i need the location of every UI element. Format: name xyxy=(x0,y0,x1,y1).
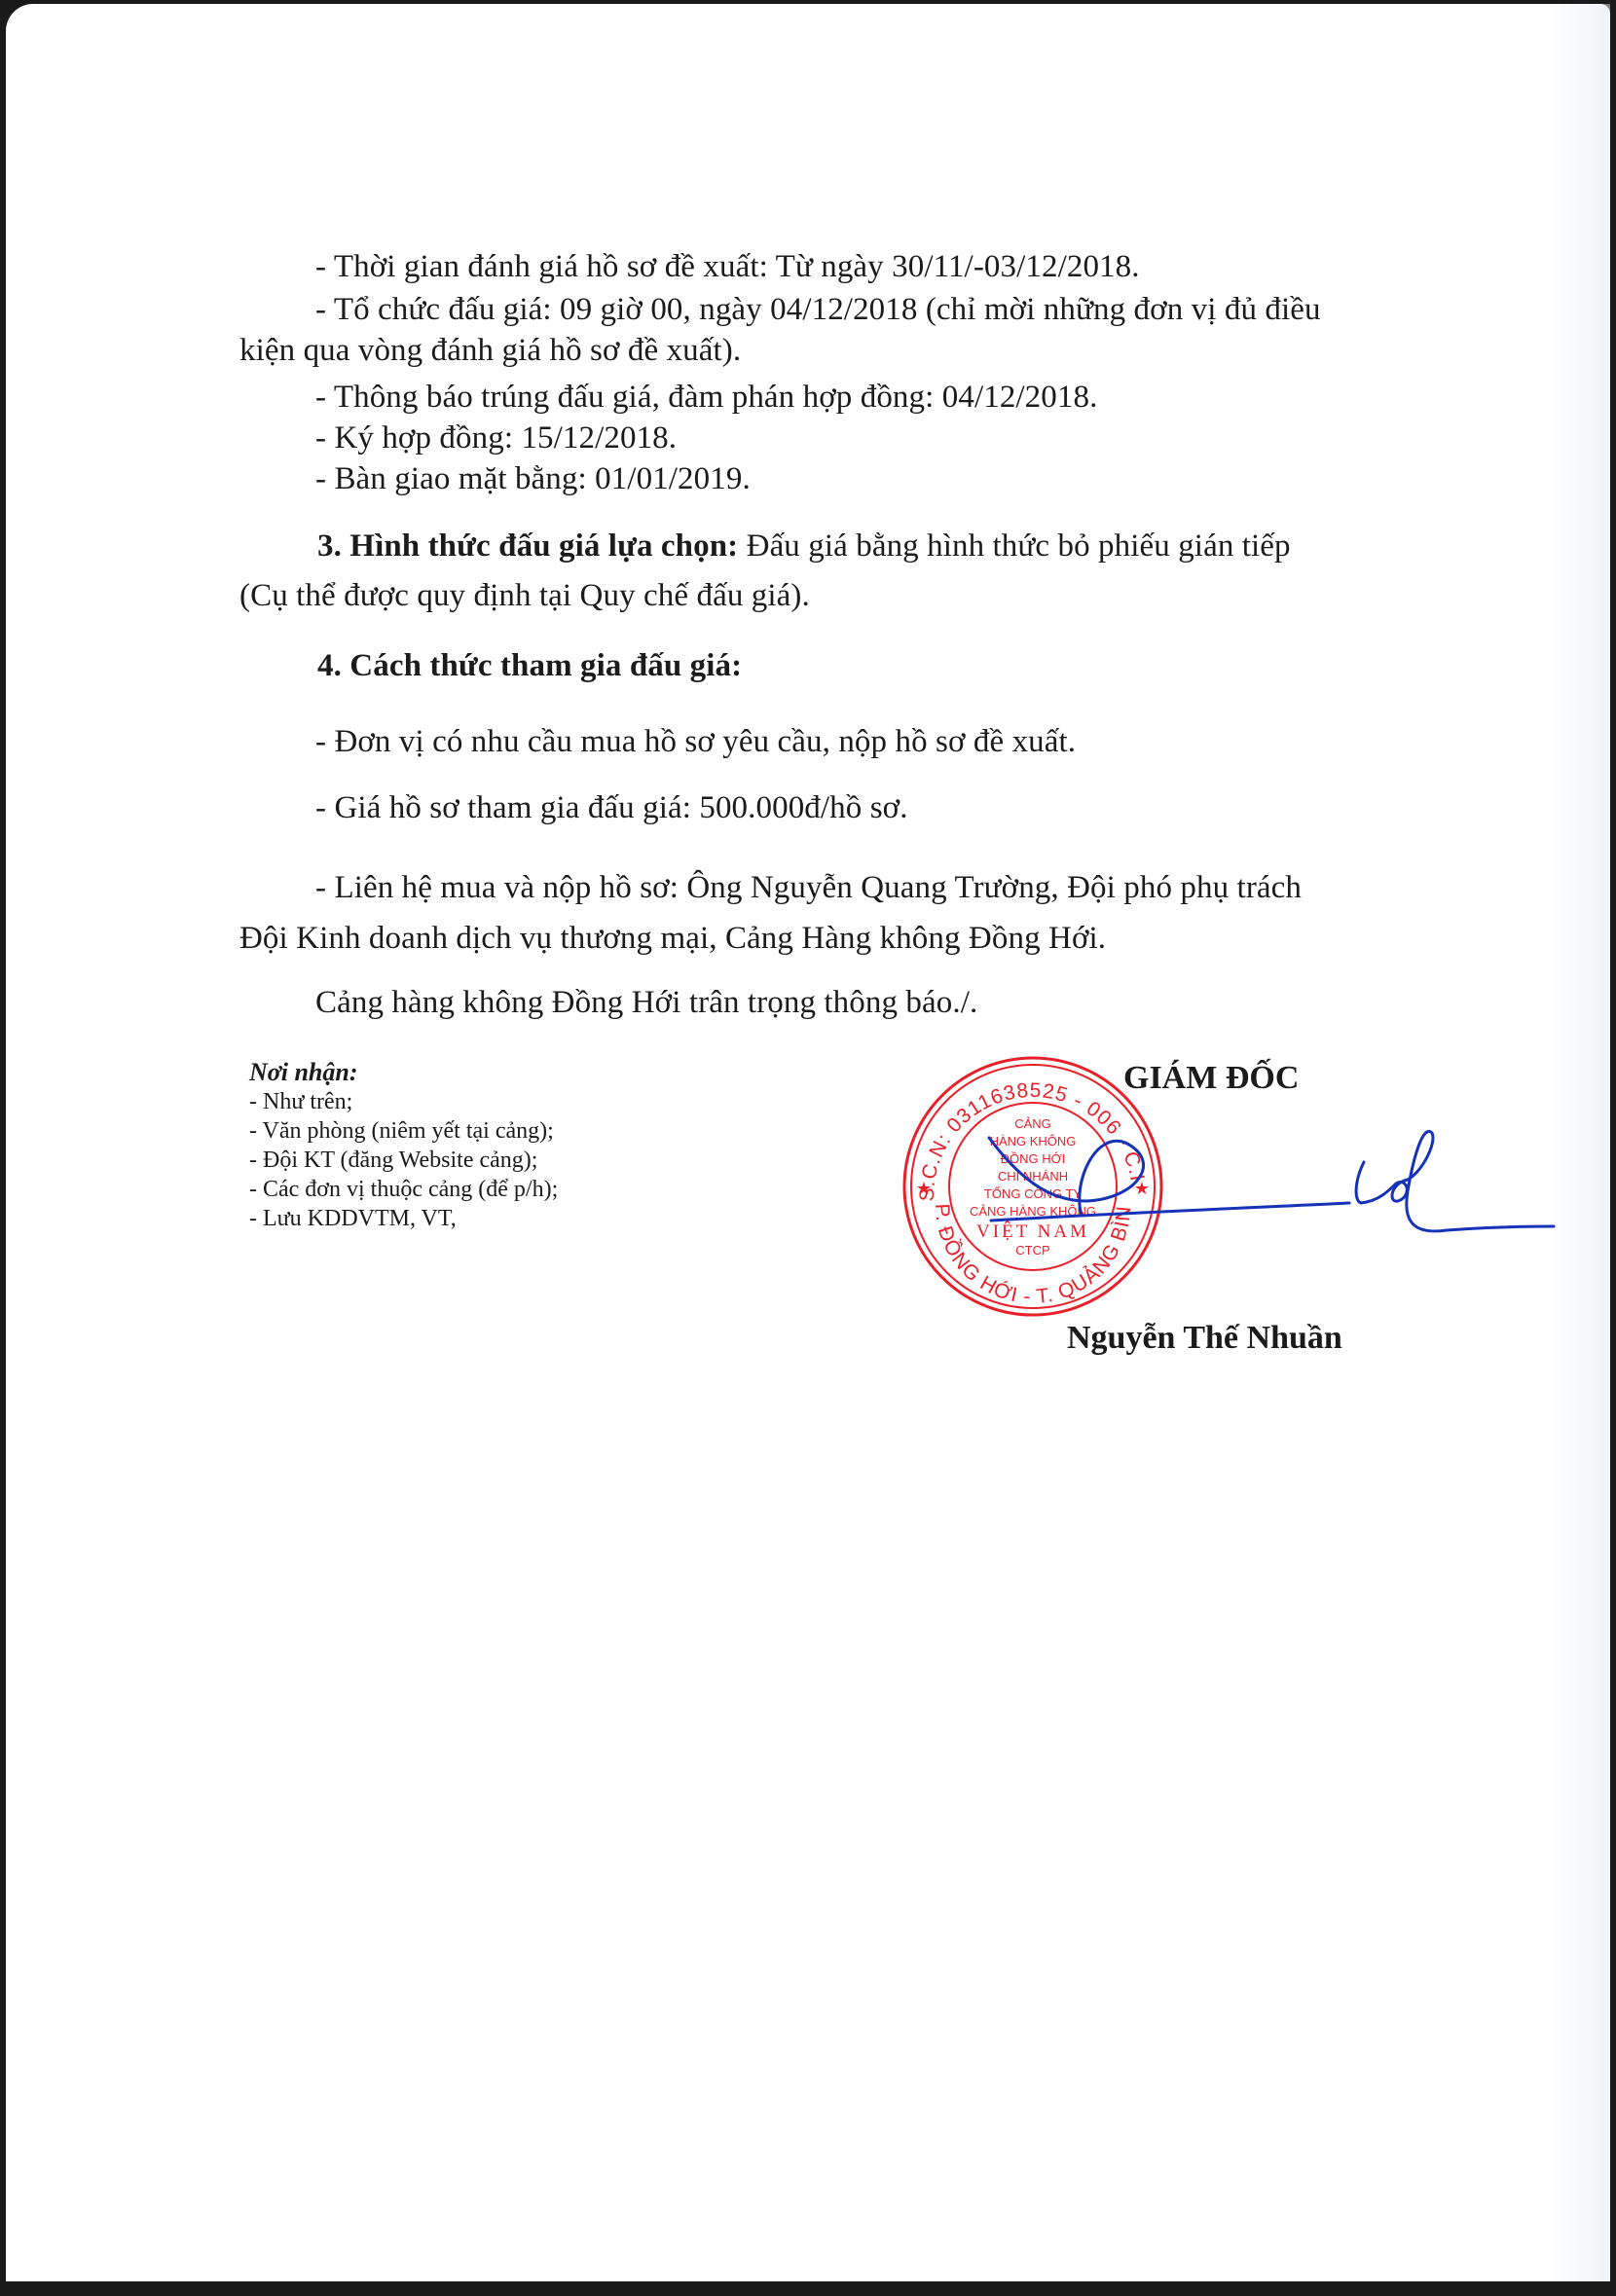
recipient-item: - Lưu KDDVTM, VT, xyxy=(249,1204,558,1233)
recipients-title: Nơi nhận: xyxy=(249,1058,558,1087)
schedule-contract: - Ký hợp đồng: 15/12/2018. xyxy=(315,419,677,457)
closing-line: Cảng hàng không Đồng Hới trân trọng thôn… xyxy=(315,983,977,1022)
recipient-item: - Đội KT (đăng Website cảng); xyxy=(249,1146,558,1175)
schedule-announcement: - Thông báo trúng đấu giá, đàm phán hợp … xyxy=(315,378,1097,417)
section3-heading: 3. Hình thức đấu giá lựa chọn: xyxy=(317,528,738,564)
section4-item-contact-cont: Đội Kinh doanh dịch vụ thương mại, Cảng … xyxy=(239,919,1106,958)
signer-name: Nguyễn Thế Nhuần xyxy=(1067,1320,1342,1357)
recipients-block: Nơi nhận: - Như trên; - Văn phòng (niêm … xyxy=(249,1058,558,1233)
handwritten-signature xyxy=(979,1123,1563,1250)
section3-text: Đấu giá bằng hình thức bỏ phiếu gián tiế… xyxy=(738,528,1290,564)
schedule-evaluation: - Thời gian đánh giá hồ sơ đề xuất: Từ n… xyxy=(315,247,1140,286)
document-page: - Thời gian đánh giá hồ sơ đề xuất: Từ n… xyxy=(6,4,1610,2281)
signature-title: GIÁM ĐỐC xyxy=(1123,1060,1299,1097)
section4-item-purchase: - Đơn vị có nhu cầu mua hồ sơ yêu cầu, n… xyxy=(315,722,1076,761)
section4-item-contact: - Liên hệ mua và nộp hồ sơ: Ông Nguyễn Q… xyxy=(315,868,1302,907)
schedule-auction: - Tổ chức đấu giá: 09 giờ 00, ngày 04/12… xyxy=(315,290,1321,329)
section3-text-cont: (Cụ thể được quy định tại Quy chế đấu gi… xyxy=(239,576,810,615)
schedule-handover: - Bàn giao mặt bằng: 01/01/2019. xyxy=(315,459,751,498)
section4-item-price: - Giá hồ sơ tham gia đấu giá: 500.000đ/h… xyxy=(315,788,908,827)
schedule-auction-cont: kiện qua vòng đánh giá hồ sơ đề xuất). xyxy=(239,331,741,370)
section3-paragraph: 3. Hình thức đấu giá lựa chọn: Đấu giá b… xyxy=(317,527,1291,565)
recipient-item: - Văn phòng (niêm yết tại cảng); xyxy=(249,1116,558,1146)
recipient-item: - Như trên; xyxy=(249,1087,558,1116)
recipient-item: - Các đơn vị thuộc cảng (để p/h); xyxy=(249,1175,558,1204)
section4-heading: 4. Cách thức tham gia đấu giá: xyxy=(317,646,742,685)
svg-text:★: ★ xyxy=(916,1179,932,1198)
